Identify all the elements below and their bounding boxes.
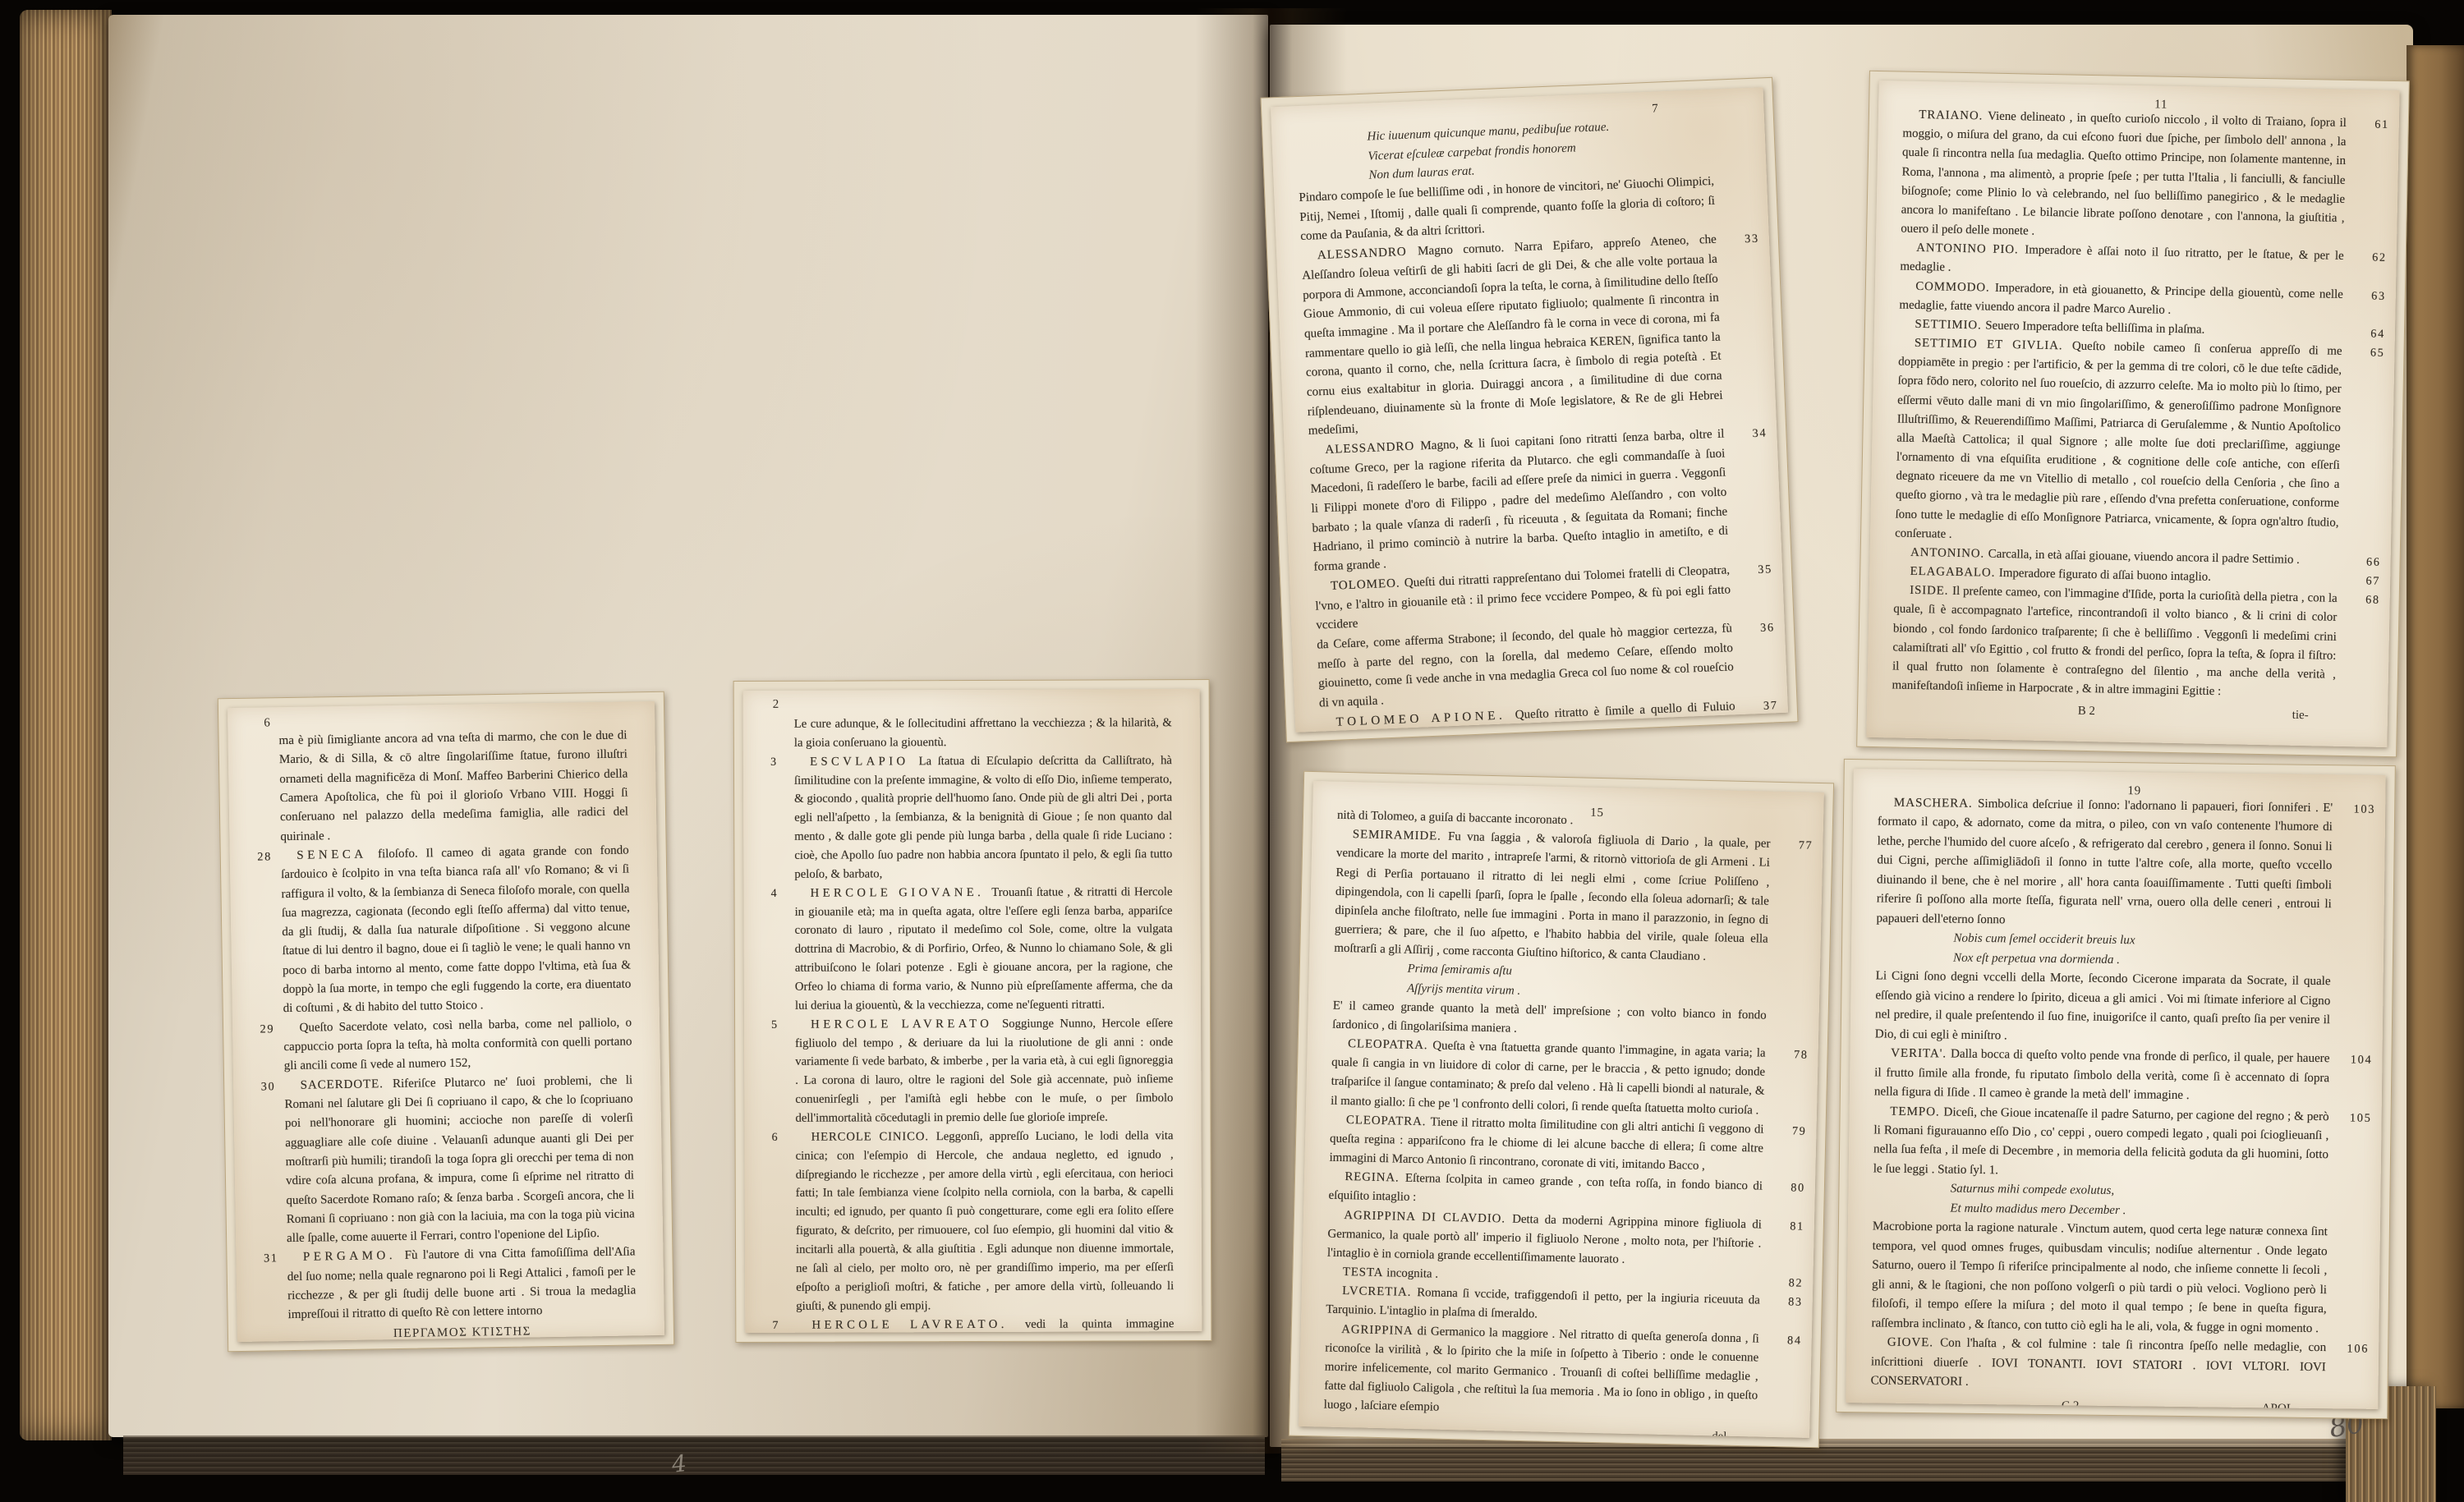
text-entry: 106GIOVE. Con l'haſta , & col fulmine : … <box>1870 1334 2326 1397</box>
printed-leaf-page-2: 2 Le cure adunque, & le ſollecitudini af… <box>743 689 1202 1333</box>
margin-number: 7 <box>756 1316 779 1333</box>
entry-heading: HERCOLE CINICO. <box>811 1130 936 1144</box>
printed-leaf-page-11: 11 61TRAIANO. Viene delineato , in queſt… <box>1866 80 2399 747</box>
leaf-page-number: 6 <box>264 714 271 733</box>
margin-number: 68 <box>2350 590 2380 609</box>
text-entry: 104VERITA'. Dalla bocca di queſto volto … <box>1874 1045 2330 1108</box>
leaf-body: Le cure adunque, & le ſollecitudini affr… <box>794 714 1175 1333</box>
entry-heading: SEMIRAMIDE. <box>1353 828 1449 843</box>
printed-leaf-page-6: 6 ma è più ſimigliante ancora ad vna teſ… <box>228 701 664 1342</box>
margin-number: 104 <box>2334 1050 2373 1069</box>
entry-heading: ESCVLAPIO <box>810 755 919 768</box>
entry-heading: SETTIMIO ET GIVLIA. <box>1915 337 2072 353</box>
margin-number: 3 <box>755 754 778 772</box>
margin-number: 28 <box>241 847 273 866</box>
margin-number: 36 <box>1760 618 1776 637</box>
entry-heading: ANTONINO PIO. <box>1916 241 2025 257</box>
margin-number: 34 <box>1736 424 1768 443</box>
entry-heading: ISIDE. <box>1910 584 1952 598</box>
gathering-signature: B 2 <box>2078 702 2096 722</box>
text-entry: 103MASCHERA. Simbolica deſcriue il ſonno… <box>1876 793 2333 934</box>
book-cover-edge-right <box>2407 45 2464 1408</box>
text-entry: 61TRAIANO. Viene delineato , in queſto c… <box>1901 106 2347 248</box>
page-block-bottom-edge-right <box>1281 1439 2374 1481</box>
margin-number: 62 <box>2356 248 2387 267</box>
catchword: APOL- <box>2261 1399 2298 1409</box>
margin-number: 35 <box>1741 560 1772 580</box>
margin-number: 30 <box>245 1077 276 1096</box>
entry-heading: VERITA'. <box>1891 1047 1951 1061</box>
margin-number: 63 <box>2356 287 2386 305</box>
pasted-leaf-right-bottom-left: 15 nità di Tolomeo, a guiſa di baccante … <box>1299 781 1824 1438</box>
entry-heading: HERCOLE GIOVANE. <box>811 886 992 900</box>
entry-heading: CLEOPATRA. <box>1348 1037 1433 1052</box>
text-entry: 29Queſto Sacerdote velato, così nella ba… <box>283 1013 632 1077</box>
text-entry: 105TEMPO. Diceſi, che Gioue incatenaſſe … <box>1873 1102 2329 1185</box>
text-entry: 7HERCOLE LAVREATO. vedi la quinta immagi… <box>796 1315 1174 1333</box>
text-entry: 31PERGAMO. Fù l'autore di vna Citta famo… <box>287 1243 636 1325</box>
leaf-footer: B 2tie- <box>1892 699 2335 727</box>
margin-number: 37 <box>1747 696 1778 716</box>
entry-heading: GIOVE. <box>1887 1336 1941 1350</box>
text-entry: 81AGRIPPINA DI CLAVDIO. Detta da moderni… <box>1327 1206 1762 1272</box>
pasted-leaf-left-second: 2 Le cure adunque, & le ſollecitudini af… <box>743 689 1202 1333</box>
book-photograph: 4 80 6 ma è più ſimigliante ancora ad vn… <box>0 0 2464 1502</box>
text-entry: 78CLEOPATRA. Queſta è vna ſtatuetta gran… <box>1331 1035 1766 1121</box>
pasted-leaf-left-first: 6 ma è più ſimigliante ancora ad vna teſ… <box>228 701 664 1342</box>
printed-leaf-page-15: 15 nità di Tolomeo, a guiſa di baccante … <box>1299 781 1824 1438</box>
pasted-leaf-right-bottom-right: 19 103MASCHERA. Simbolica deſcriue il ſo… <box>1846 769 2385 1409</box>
entry-heading: AGRIPPINA <box>1341 1323 1418 1338</box>
leaf-page-number: 2 <box>773 696 779 714</box>
margin-number: 31 <box>247 1250 278 1269</box>
text-entry: 5HERCOLE LAVREATO Soggiunge Nunno, Herco… <box>795 1014 1173 1128</box>
margin-number: 105 <box>2333 1109 2372 1128</box>
entry-heading: SACERDOTE. <box>301 1077 393 1092</box>
leaf-body: Hic iuuenum quicunque manu, pedibuſue ro… <box>1296 114 1739 733</box>
entry-heading: SENECA <box>297 847 378 862</box>
handwritten-folio-number-left: 4 <box>670 1449 687 1478</box>
entry-heading: MASCHERA. <box>1894 797 1978 811</box>
entry-heading: AGRIPPINA DI CLAVDIO. <box>1344 1209 1512 1226</box>
text-entry: 65SETTIMIO ET GIVLIA. Queſto nobile came… <box>1895 334 2342 552</box>
text-entry: 68ISIDE. Il preſente cameo, con l'immagi… <box>1892 581 2338 704</box>
margin-number: 78 <box>1777 1045 1808 1064</box>
text-entry: 34ALESSANDRO Magno, & li ſuoi capitani ſ… <box>1308 425 1729 578</box>
entry-heading: HERCOLE LAVREATO <box>811 1017 1002 1031</box>
entry-heading: TEMPO. <box>1890 1105 1943 1118</box>
catchword: tie- <box>2292 706 2309 726</box>
entry-heading: SETTIMIO. <box>1915 318 1985 333</box>
text-entry: 77SEMIRAMIDE. Fu vna ſaggia , & valoroſa… <box>1334 825 1771 968</box>
text-entry: 33ALESSANDRO Magno cornuto. Narra Epifar… <box>1301 231 1724 442</box>
printed-leaf-page-19: 19 103MASCHERA. Simbolica deſcriue il ſo… <box>1846 769 2385 1409</box>
margin-number: 61 <box>2359 115 2389 134</box>
margin-number: 77 <box>1782 836 1813 855</box>
margin-number: 80 <box>1775 1178 1805 1197</box>
text-entry: 79CLEOPATRA. Tiene il ritratto molta ſim… <box>1329 1110 1763 1177</box>
margin-number: 6 <box>756 1129 779 1147</box>
margin-number: 4 <box>755 885 778 903</box>
printed-leaf-page-7: 7 Hic iuuenum quicunque manu, pedibuſue … <box>1271 87 1788 732</box>
pasted-leaf-right-top-left: 7 Hic iuuenum quicunque manu, pedibuſue … <box>1271 87 1788 732</box>
page-block-bottom-edge-left <box>123 1435 1265 1475</box>
margin-number: 33 <box>1728 230 1759 250</box>
margin-number: 82 <box>1772 1274 1803 1293</box>
entry-heading: TESTA <box>1343 1265 1387 1279</box>
leaf-body: nità di Tolomeo, a guiſa di baccante inc… <box>1323 806 1771 1438</box>
pasted-leaf-right-top-right: 11 61TRAIANO. Viene delineato , in queſt… <box>1866 80 2399 747</box>
margin-number: 5 <box>756 1017 779 1035</box>
entry-heading: ELAGABALO. <box>1910 565 1999 580</box>
entry-heading: TOLOMEO. <box>1331 576 1404 593</box>
entry-heading: PERGAMO. <box>303 1249 405 1264</box>
margin-number: 65 <box>2354 343 2384 362</box>
entry-heading: ANTONINO. <box>1910 546 1988 561</box>
margin-number: 81 <box>1774 1217 1804 1236</box>
text-entry: Macrobione porta la ragione naturale . V… <box>1871 1218 2328 1339</box>
entry-heading: TRAIANO. <box>1919 108 1988 123</box>
margin-number: 103 <box>2338 800 2376 819</box>
margin-number: 64 <box>2355 324 2385 343</box>
entry-heading: REGINA. <box>1345 1170 1405 1185</box>
text-entry: Le cure adunque, & le ſollecitudini affr… <box>794 714 1172 752</box>
text-entry: 3ESCVLAPIO La ſtatua di Eſculapio deſcri… <box>794 751 1173 884</box>
text-entry: 30SACERDOTE. Riferiſce Plutarco ne' ſuoi… <box>284 1071 635 1248</box>
text-entry: 28SENECA filoſofo. Il cameo di agata gra… <box>281 841 632 1018</box>
entry-heading: LVCRETIA. <box>1342 1284 1417 1299</box>
entry-heading: ALESSANDRO <box>1317 245 1418 262</box>
text-entry: 6HERCOLE CINICO. Leggonſi, appreſſo Luci… <box>795 1127 1174 1316</box>
entry-heading: CLEOPATRA. <box>1346 1114 1431 1128</box>
entry-heading: COMMODO. <box>1915 279 1995 294</box>
leaf-body: 61TRAIANO. Viene delineato , in queſto c… <box>1892 106 2347 727</box>
margin-number: 79 <box>1776 1122 1806 1141</box>
margin-number: 66 <box>2350 553 2380 572</box>
text-entry: 4HERCOLE GIOVANE. Trouanſi ſtatue , & ri… <box>794 883 1173 1016</box>
margin-number: 83 <box>1772 1293 1803 1311</box>
margin-number: 29 <box>244 1020 275 1039</box>
text-entry: Li Cigni ſono degni vccelli della Morte,… <box>1875 967 2331 1050</box>
leaf-body: ma è più ſimigliante ancora ad vna teſta… <box>278 726 638 1342</box>
entry-heading: ALESSANDRO <box>1325 439 1421 457</box>
text-entry: 84AGRIPPINA di Germanico la maggiore . N… <box>1323 1320 1758 1425</box>
leaf-body: 103MASCHERA. Simbolica deſcriue il ſonno… <box>1870 793 2333 1408</box>
book-fore-edge-left <box>20 10 112 1440</box>
margin-number: 106 <box>2331 1339 2370 1358</box>
text-entry: ma è più ſimigliante ancora ad vna teſta… <box>278 726 628 847</box>
entry-heading: HERCOLE LAVREATO. <box>811 1317 1025 1331</box>
margin-number: 67 <box>2350 572 2380 590</box>
margin-number: 84 <box>1772 1331 1802 1350</box>
